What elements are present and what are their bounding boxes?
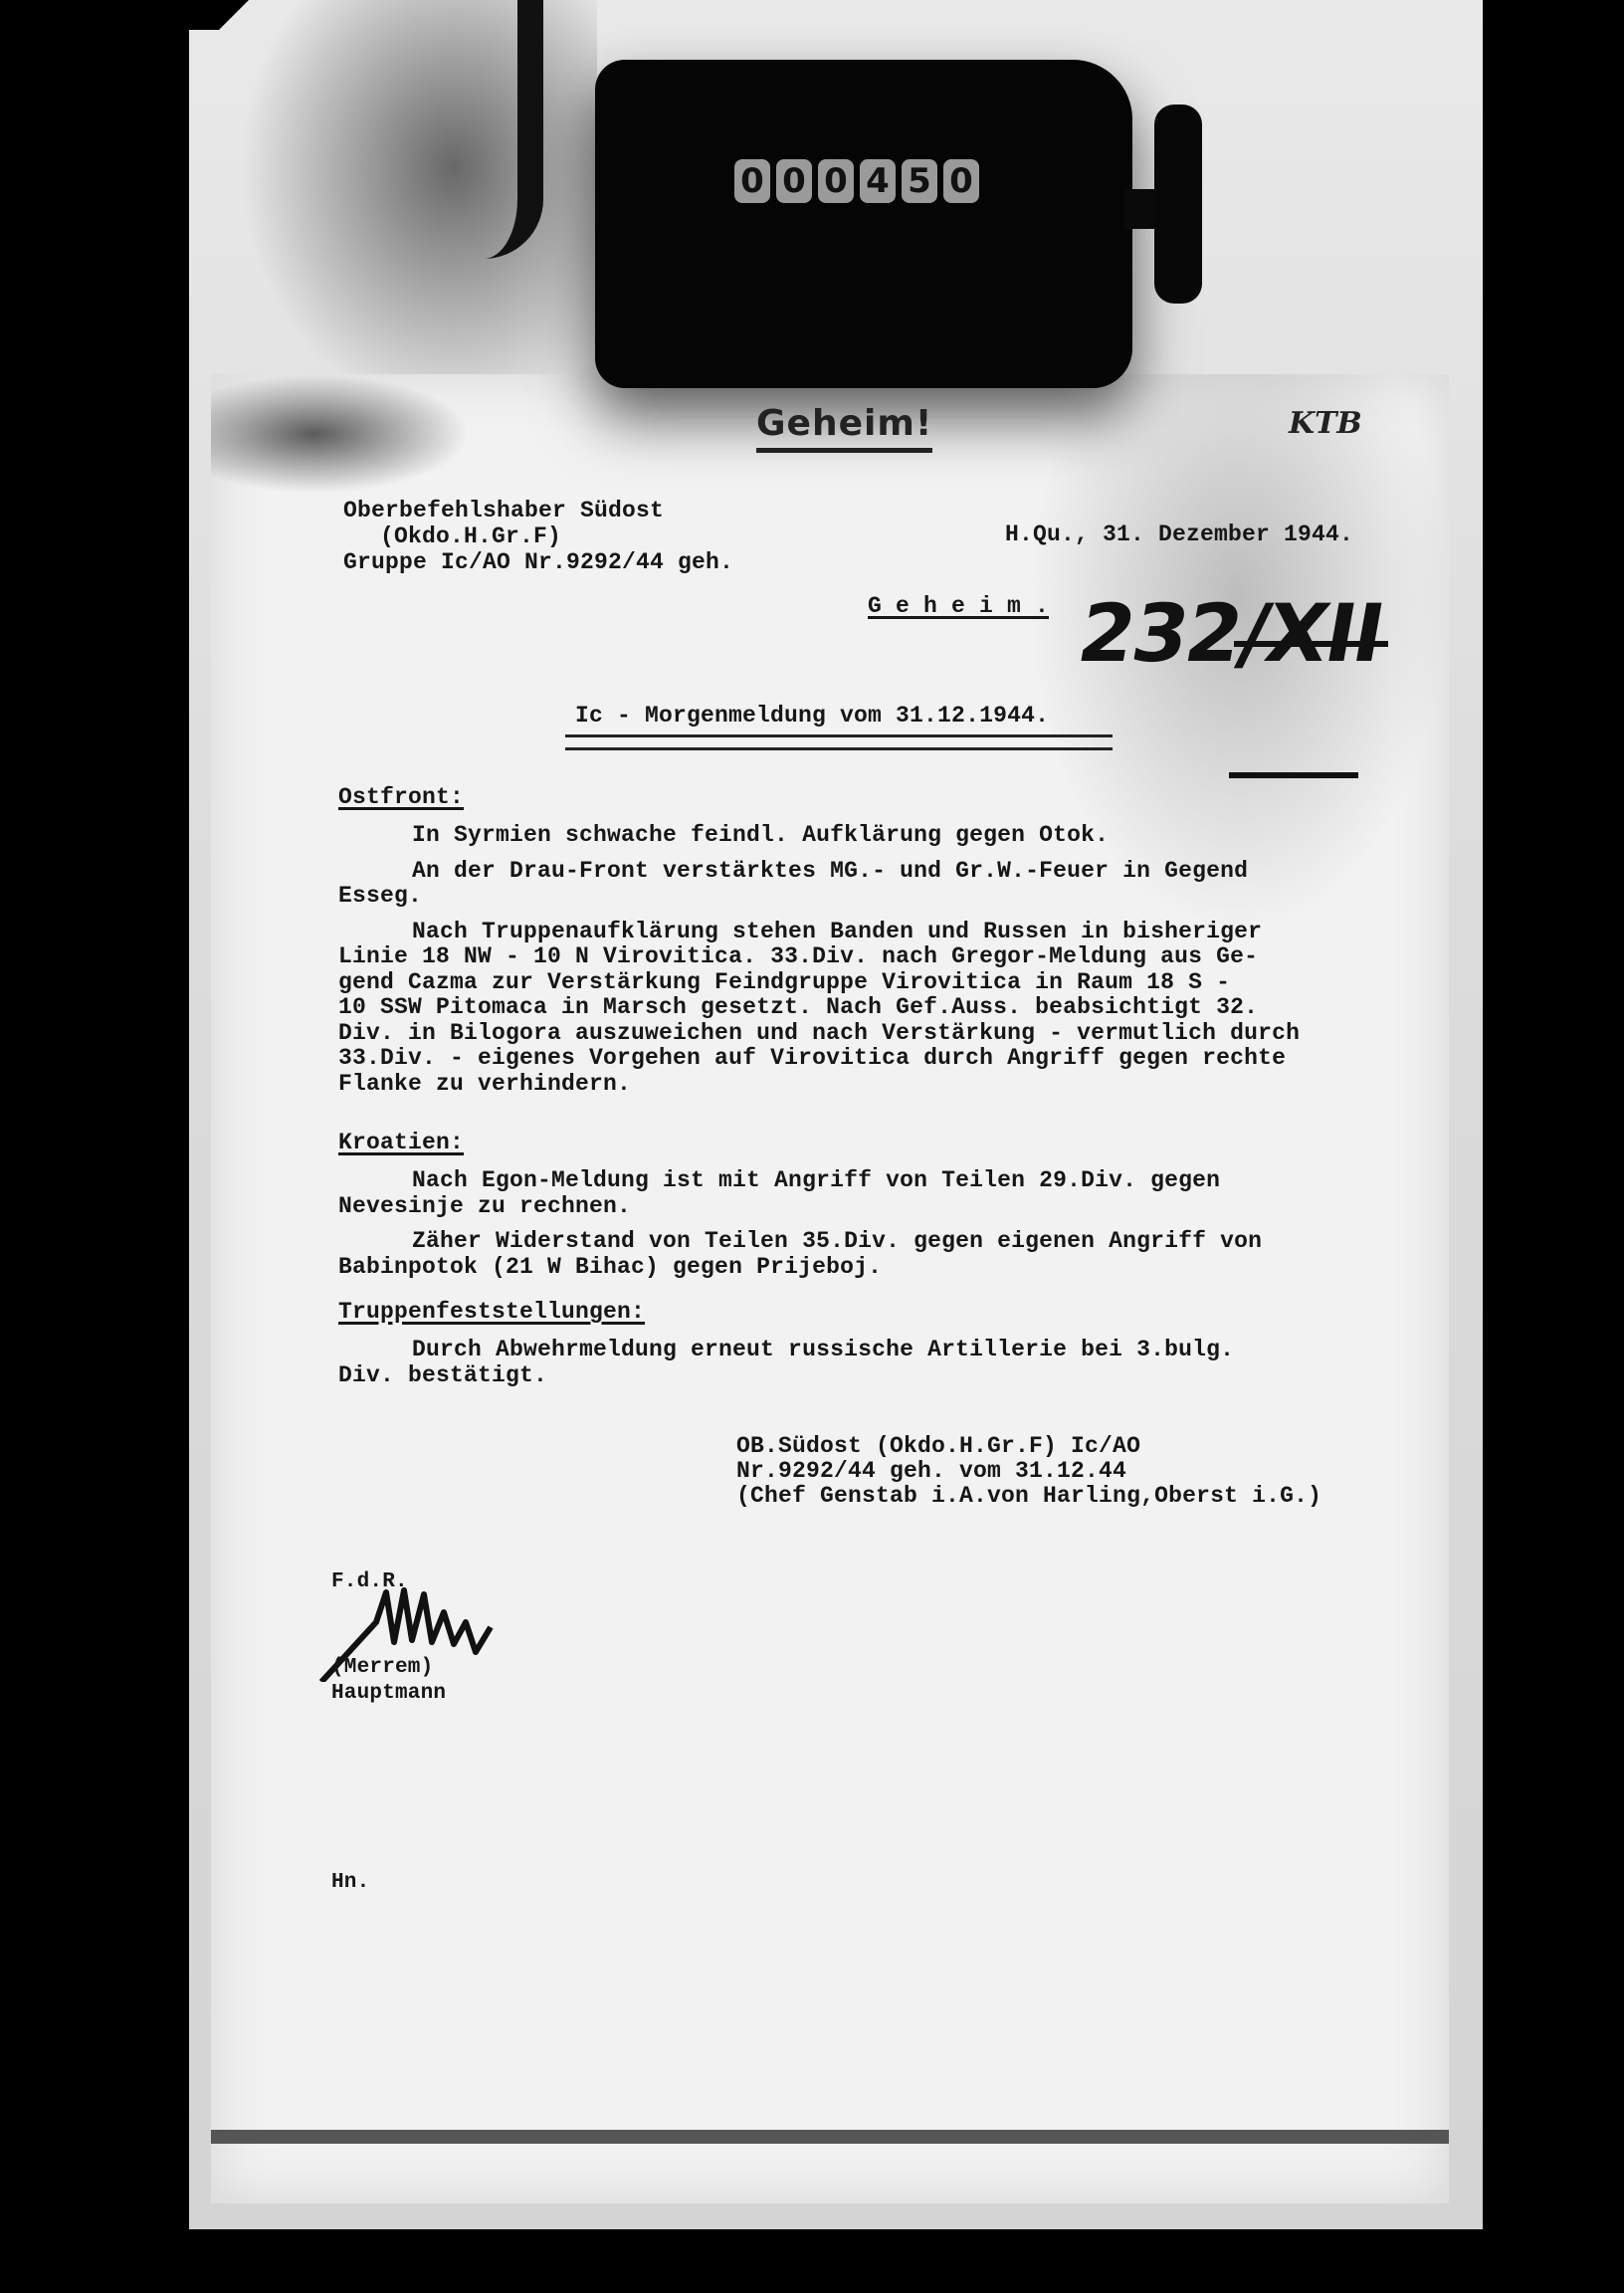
paragraph-line: Div. in Bilogora auszuweichen und nach V…: [338, 1020, 1300, 1046]
counter-digit: 4: [860, 159, 896, 203]
counter-digit: 0: [734, 159, 770, 203]
counter-strap: [448, 0, 543, 259]
paragraph-line: 10 SSW Pitomaca in Marsch gesetzt. Nach …: [338, 994, 1258, 1020]
registry-bar: [1229, 772, 1358, 778]
paragraph-line: Nach Truppenaufklärung stehen Banden und…: [412, 919, 1262, 944]
paragraph-line: An der Drau-Front verstärktes MG.- und G…: [412, 858, 1248, 884]
counter-digit: 0: [943, 159, 979, 203]
ktb-note: KTB: [1289, 406, 1362, 441]
counter-digit: 0: [776, 159, 812, 203]
section-heading: Truppenfeststellungen:: [338, 1299, 645, 1325]
section-heading: Ostfront:: [338, 784, 464, 810]
paragraph-line: Durch Abwehrmeldung erneut russische Art…: [412, 1337, 1234, 1362]
sender-line-2: (Okdo.H.Gr.F): [380, 523, 561, 549]
paragraph-line: Linie 18 NW - 10 N Virovitica. 33.Div. n…: [338, 943, 1258, 969]
paragraph-line: 33.Div. - eigenes Vorgehen auf Virovitic…: [338, 1045, 1286, 1071]
section-heading: Kroatien:: [338, 1130, 464, 1155]
paragraph-line: Nach Egon-Meldung ist mit Angriff von Te…: [412, 1167, 1220, 1193]
title-double-underline: [565, 734, 1113, 750]
paragraph-line: Zäher Widerstand von Teilen 35.Div. gege…: [412, 1228, 1262, 1254]
frame-counter: 000450: [595, 60, 1132, 388]
paragraph-line: Esseg.: [338, 883, 422, 909]
paragraph-line: Nevesinje zu rechnen.: [338, 1193, 631, 1219]
paragraph-line: Div. bestätigt.: [338, 1362, 547, 1388]
counter-shadow: [239, 0, 597, 418]
sender-line-1: Oberbefehlshaber Südost: [343, 498, 664, 523]
sheet-edge: [211, 2130, 1449, 2144]
paragraph-line: Babinpotok (21 W Bihac) gegen Prijeboj.: [338, 1254, 882, 1280]
closing-reference-line: OB.Südost (Okdo.H.Gr.F) Ic/AO: [736, 1433, 1140, 1459]
closing-reference-line: (Chef Genstab i.A.von Harling,Oberst i.G…: [736, 1483, 1321, 1509]
counter-digit: 0: [818, 159, 854, 203]
footer-initials: Hn.: [331, 1871, 369, 1894]
paragraph-line: gend Cazma zur Verstärkung Feindgruppe V…: [338, 969, 1230, 995]
place-date: H.Qu., 31. Dezember 1944.: [1005, 521, 1353, 547]
sender-line-3: Gruppe Ic/AO Nr.9292/44 geh.: [343, 549, 733, 575]
classification: G e h e i m .: [868, 593, 1049, 619]
registry-number: 232/XII: [1072, 587, 1390, 680]
paragraph-line: In Syrmien schwache feindl. Aufklärung g…: [412, 822, 1109, 848]
signer-name: (Merrem): [331, 1656, 433, 1679]
stain: [211, 374, 470, 494]
signer-rank: Hauptmann: [331, 1682, 446, 1705]
document-title: Ic - Morgenmeldung vom 31.12.1944.: [575, 703, 1049, 729]
counter-knob: [1154, 104, 1202, 304]
registry-bar: [1234, 641, 1388, 647]
secret-stamp: Geheim!: [756, 403, 932, 453]
paragraph-line: Flanke zu verhindern.: [338, 1071, 631, 1097]
counter-digits: 000450: [734, 159, 979, 203]
counter-digit: 5: [902, 159, 937, 203]
closing-reference-line: Nr.9292/44 geh. vom 31.12.44: [736, 1458, 1126, 1484]
